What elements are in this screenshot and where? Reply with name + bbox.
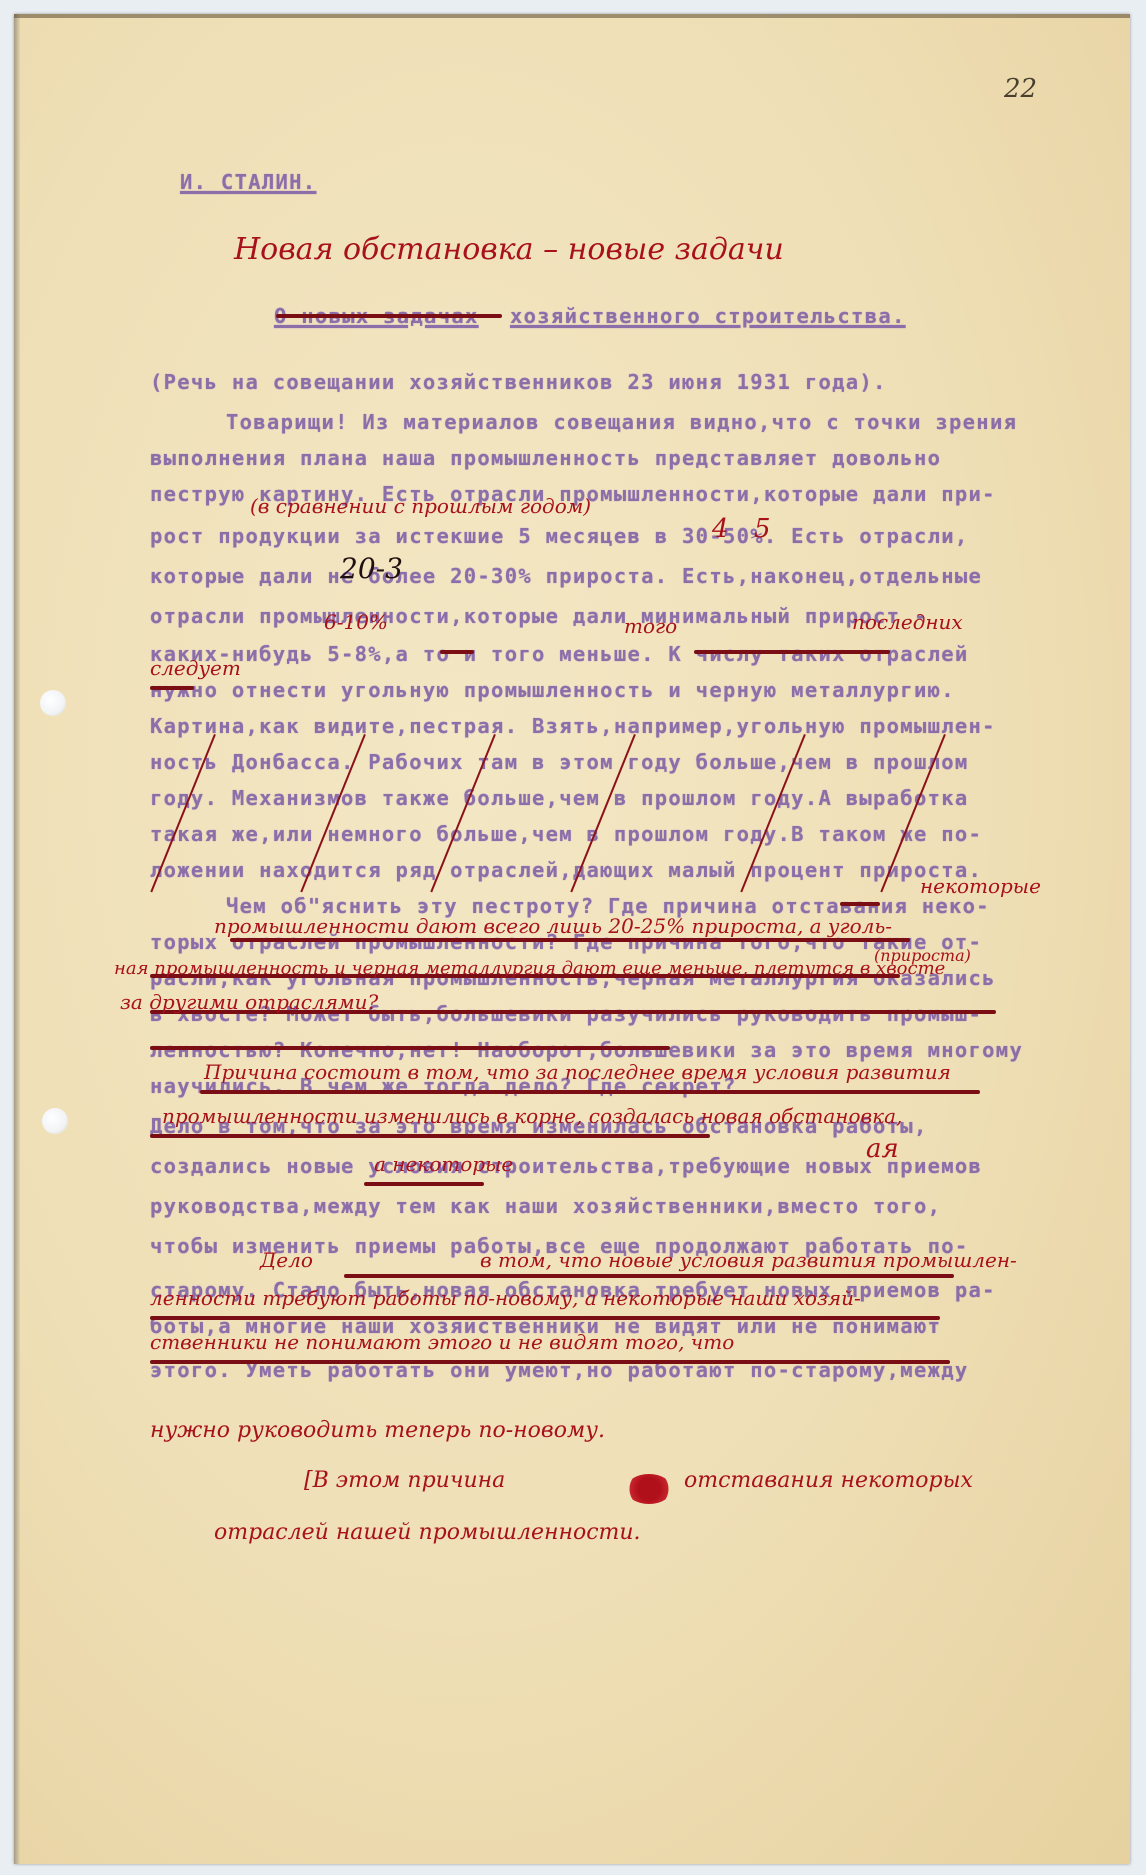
typed-line: ленностью? Конечно,нет! Наоборот,большев… [150,1038,1023,1062]
handwritten-note: 5 [754,514,771,544]
handwritten-note: ственники не понимают этого и не видят т… [150,1330,734,1354]
typed-line: руководства,между тем как наши хозяйстве… [150,1194,941,1218]
handwritten-note: ная промышленность и черная металлургия … [114,958,945,979]
handwritten-note: 4 [712,514,729,544]
strikethrough [230,938,910,942]
typed-line: году. Механизмов также больше,чем в прош… [150,786,969,810]
strikethrough [200,1090,980,1094]
handwritten-note: [В этом причина [304,1468,505,1493]
handwritten-note: того [624,614,677,638]
handwritten-note: следует [150,656,241,680]
strikethrough [276,314,502,318]
document-page: 22 И. СТАЛИН. Новая обстановка – новые з… [14,14,1130,1864]
handwritten-note: 20-3 [340,552,403,585]
handwritten-note: Дело [260,1248,313,1272]
handwritten-note: 6-10% [324,610,388,634]
handwritten-note: нужно руководить теперь по-новому. [150,1418,605,1443]
typed-line: Картина,как видите,пестрая. Взять,наприм… [150,714,996,738]
handwritten-note: отраслей нашей промышленности. [214,1520,641,1545]
title-typed: хозяйственного строительства. [510,304,906,328]
strikethrough [344,1274,954,1278]
page-edge [14,14,1130,18]
handwritten-title: Новая обстановка – новые задачи [234,232,784,267]
strikethrough [150,1316,940,1320]
typed-line: отрасли промышленности,которые дали мини… [150,604,928,628]
handwritten-note: отставания некоторых [684,1468,973,1493]
typed-line: каких-нибудь 5-8%,а то и того меньше. К … [150,642,969,666]
strikethrough [150,1134,710,1138]
handwritten-note: ленности требуют работы по-новому, а нек… [150,1286,861,1310]
strikethrough [150,686,194,690]
typed-line: Товарищи! Из материалов совещания видно,… [226,410,1017,434]
typed-line: выполнения плана наша промышленность пре… [150,446,941,470]
handwritten-note: ая [866,1134,899,1164]
strikethrough [364,1182,484,1186]
strikethrough [840,902,880,906]
handwritten-note: за другими отраслями? [120,990,378,1014]
typed-line: нужно отнести угольную промышленность и … [150,678,955,702]
typed-line: создались новые условия строительства,тр… [150,1154,982,1178]
handwritten-note: промышленности дают всего лишь 20-25% пр… [214,914,892,938]
handwritten-note: последних [852,610,963,634]
handwritten-note: некоторые [920,874,1041,898]
handwritten-note: в том, что новые условия развития промыш… [480,1248,1017,1272]
typed-line: рост продукции за истекшие 5 месяцев в 3… [150,524,969,548]
handwritten-note: промышленности изменились в корне, созда… [162,1104,902,1128]
typed-line: которые дали не более 20-30% прироста. Е… [150,564,982,588]
strikethrough [694,650,890,654]
handwritten-note: (в сравнении с прошлым годом) [250,494,591,518]
strikethrough [150,1360,950,1364]
page-number: 22 [1004,74,1037,104]
handwritten-note: а некоторые [374,1152,513,1176]
strikethrough [150,1046,670,1050]
strikethrough [440,650,474,654]
typed-line: ность Донбасса. Рабочих там в этом году … [150,750,969,774]
handwritten-note: Причина состоит в том, что за последнее … [204,1060,951,1084]
ink-blot [626,1474,672,1504]
punch-hole [40,690,66,716]
punch-hole [42,1108,68,1134]
typed-line: ложении находится ряд отраслей,дающих ма… [150,858,982,882]
typed-line: такая же,или немного больше,чем в прошло… [150,822,982,846]
subtitle: (Речь на совещании хозяйственников 23 ию… [150,370,887,394]
author-line: И. СТАЛИН. [180,170,316,194]
